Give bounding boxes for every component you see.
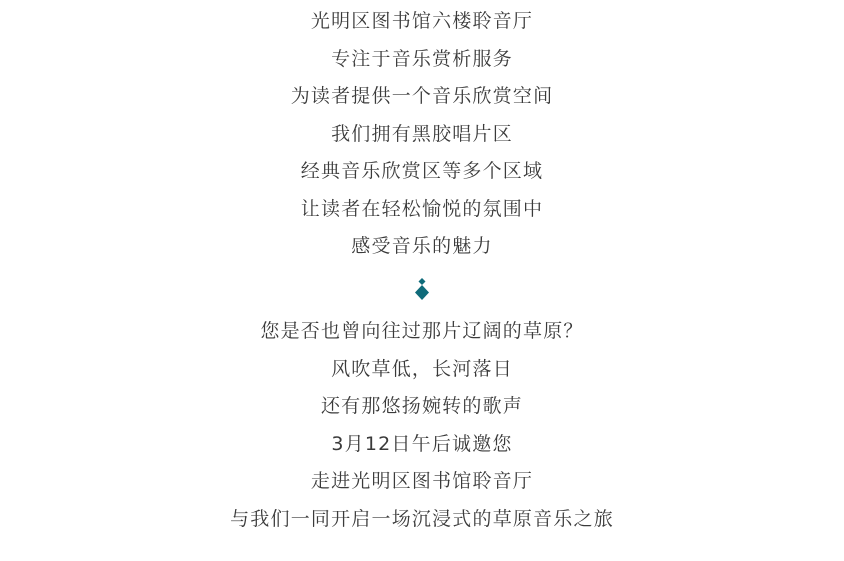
- invitation-line: 与我们一同开启一场沉浸式的草原音乐之旅: [0, 501, 844, 539]
- intro-line: 感受音乐的魅力: [0, 228, 844, 266]
- invitation-line: 走进光明区图书馆聆音厅: [0, 463, 844, 501]
- invitation-line: 3月12日午后诚邀您: [0, 426, 844, 464]
- intro-line: 我们拥有黑胶唱片区: [0, 116, 844, 154]
- invitation-paragraph: 您是否也曾向往过那片辽阔的草原？ 风吹草低，长河落日 还有那悠扬婉转的歌声 3月…: [0, 313, 844, 538]
- intro-line: 让读者在轻松愉悦的氛围中: [0, 191, 844, 229]
- intro-line: 光明区图书馆六楼聆音厅: [0, 3, 844, 41]
- invitation-line: 还有那悠扬婉转的歌声: [0, 388, 844, 426]
- invitation-line: 您是否也曾向往过那片辽阔的草原？: [0, 313, 844, 351]
- diamond-ornament-icon: [412, 277, 432, 303]
- section-divider: [0, 277, 844, 303]
- invitation-line: 风吹草低，长河落日: [0, 351, 844, 389]
- intro-paragraph: 光明区图书馆六楼聆音厅 专注于音乐赏析服务 为读者提供一个音乐欣赏空间 我们拥有…: [0, 3, 844, 266]
- intro-line: 专注于音乐赏析服务: [0, 41, 844, 79]
- intro-line: 经典音乐欣赏区等多个区域: [0, 153, 844, 191]
- intro-line: 为读者提供一个音乐欣赏空间: [0, 78, 844, 116]
